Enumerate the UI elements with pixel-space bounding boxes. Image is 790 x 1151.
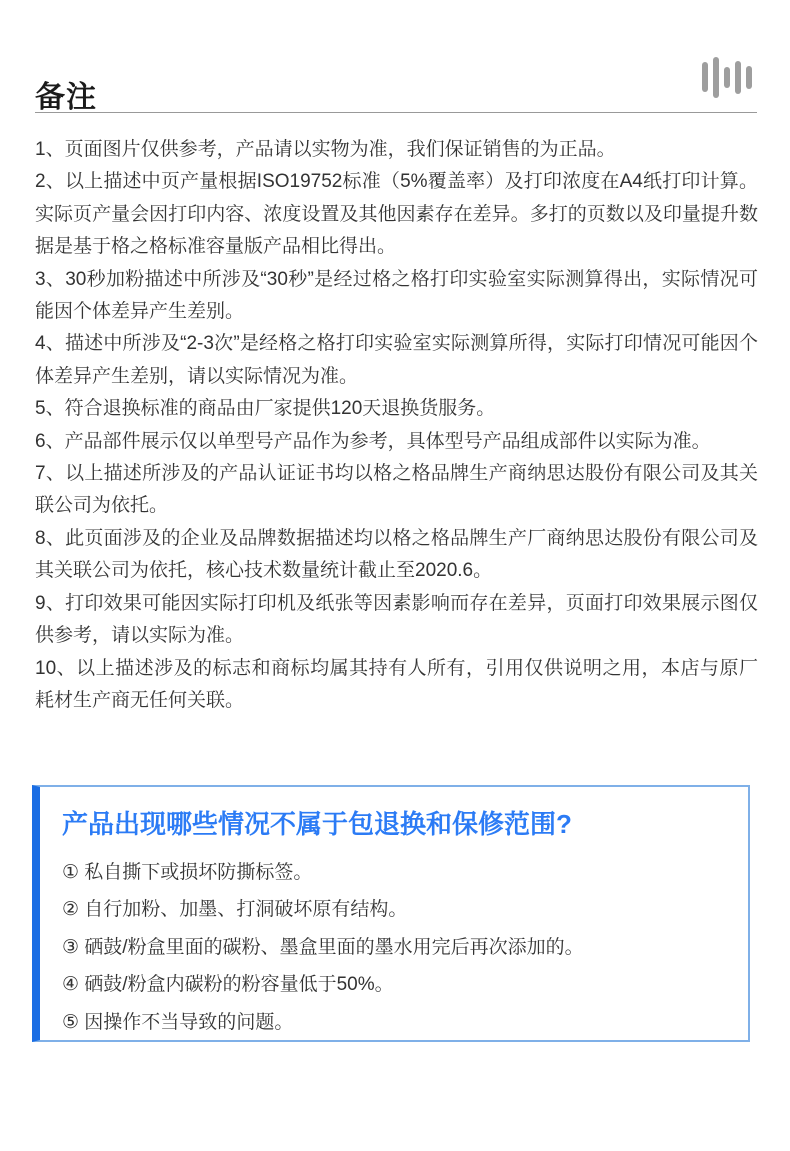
warranty-item: ① 私自撕下或损坏防撕标签。 — [62, 854, 728, 891]
note-item: 4、描述中所涉及“2-3次”是经格之格打印实验室实际测算所得，实际打印情况可能因… — [35, 328, 758, 393]
note-item: 10、以上描述涉及的标志和商标均属其持有人所有，引用仅供说明之用，本店与原厂耗材… — [35, 653, 758, 718]
warranty-items-list: ① 私自撕下或损坏防撕标签。 ② 自行加粉、加墨、打洞破坏原有结构。 ③ 硒鼓/… — [62, 854, 728, 1041]
warranty-exclusions-box: 产品出现哪些情况不属于包退换和保修范围? ① 私自撕下或损坏防撕标签。 ② 自行… — [32, 785, 750, 1042]
waveform-icon — [702, 56, 752, 98]
note-item: 1、页面图片仅供参考，产品请以实物为准，我们保证销售的为正品。 — [35, 134, 758, 166]
note-item: 2、以上描述中页产量根据ISO19752标准（5%覆盖率）及打印浓度在A4纸打印… — [35, 166, 758, 263]
note-item: 8、此页面涉及的企业及品牌数据描述均以格之格品牌生产厂商纳思达股份有限公司及其关… — [35, 523, 758, 588]
warranty-item: ② 自行加粉、加墨、打洞破坏原有结构。 — [62, 891, 728, 928]
product-notes-page: 备注 1、页面图片仅供参考，产品请以实物为准，我们保证销售的为正品。 2、以上描… — [0, 0, 790, 1151]
header-divider — [35, 112, 757, 113]
warranty-item: ③ 硒鼓/粉盒里面的碳粉、墨盒里面的墨水用完后再次添加的。 — [62, 929, 728, 966]
page-title: 备注 — [35, 72, 97, 116]
note-item: 6、产品部件展示仅以单型号产品作为参考，具体型号产品组成部件以实际为准。 — [35, 426, 758, 458]
note-item: 9、打印效果可能因实际打印机及纸张等因素影响而存在差异，页面打印效果展示图仅供参… — [35, 588, 758, 653]
note-item: 7、以上描述所涉及的产品认证证书均以格之格品牌生产商纳思达股份有限公司及其关联公… — [35, 458, 758, 523]
notes-list: 1、页面图片仅供参考，产品请以实物为准，我们保证销售的为正品。 2、以上描述中页… — [35, 134, 758, 717]
note-item: 5、符合退换标准的商品由厂家提供120天退换货服务。 — [35, 393, 758, 425]
warranty-box-title: 产品出现哪些情况不属于包退换和保修范围? — [62, 807, 728, 841]
warranty-item: ⑤ 因操作不当导致的问题。 — [62, 1004, 728, 1041]
warranty-item: ④ 硒鼓/粉盒内碳粉的粉容量低于50%。 — [62, 966, 728, 1003]
note-item: 3、30秒加粉描述中所涉及“30秒”是经过格之格打印实验室实际测算得出，实际情况… — [35, 264, 758, 329]
